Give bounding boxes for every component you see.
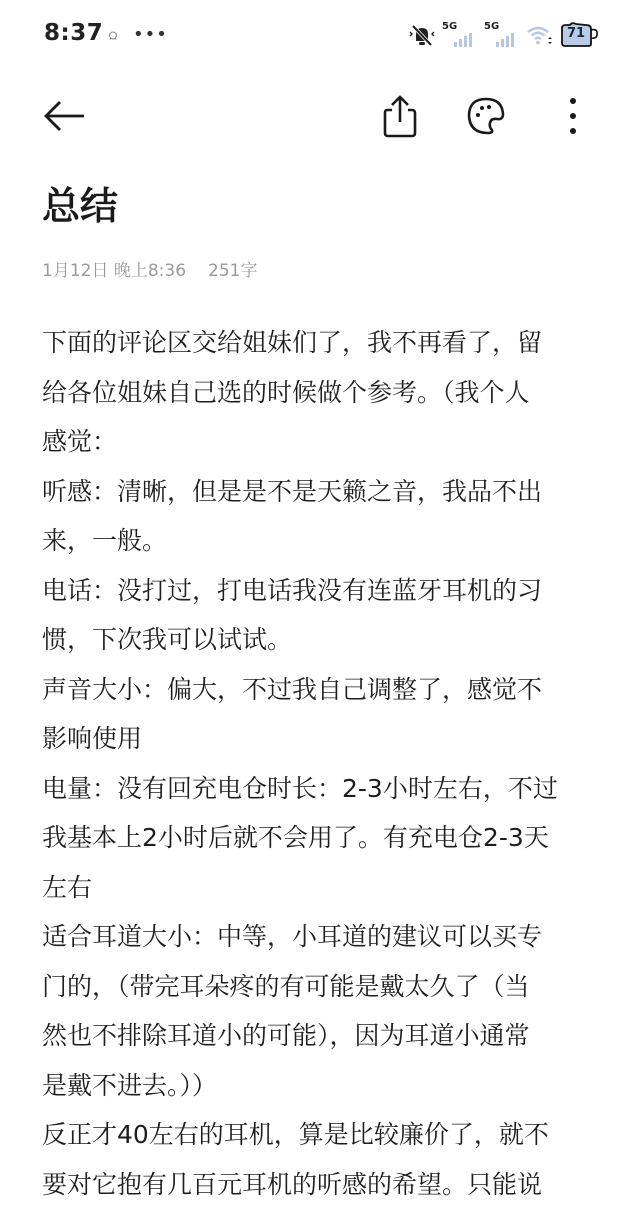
note-line: 反正才40左右的耳机，算是比较廉价了，就不 [42,1110,602,1160]
note-line: 然也不排除耳道小的可能），因为耳道小通常 [42,1011,602,1061]
more-options-button[interactable] [549,92,597,140]
note-date: 1月12日 晚上8:36 [42,261,186,281]
more-vertical-icon [568,96,578,136]
note-line: 左右 [42,863,602,913]
signal-icon [454,31,476,47]
note-line: 影响使用 [42,714,602,764]
signal-sim2: 5G [484,21,520,49]
note-line: 是戴不进去。）） [42,1061,602,1111]
theme-button[interactable] [462,92,510,140]
note-title[interactable]: 总结 [42,175,118,230]
palette-icon [466,96,506,136]
alarm-icon [108,30,118,40]
wifi-icon [526,24,554,46]
signal-sim1: 5G [442,21,478,49]
note-line: 电话：没打过，打电话我没有连蓝牙耳机的习 [42,566,602,616]
note-meta: 1月12日 晚上8:36251字 [42,256,257,281]
note-line: 给各位姐妹自己选的时候做个参考。（我个人 [42,368,602,418]
note-line: 电量：没有回充电仓时长：2-3小时左右，不过 [42,764,602,814]
status-time: 8:37 [44,20,103,46]
note-line: 声音大小：偏大，不过我自己调整了，感觉不 [42,665,602,715]
note-line: 下面的评论区交给姐妹们了，我不再看了，留 [42,318,602,368]
status-icons: 5G 5G [408,20,600,50]
status-bar: 8:37 ••• 5G 5G [0,0,640,70]
note-line: 门的，（带完耳朵疼的有可能是戴太久了（当 [42,962,602,1012]
note-line: 要对它抱有几百元耳机的听感的希望。只能说 [42,1160,602,1208]
note-line: 我基本上2小时后就不会用了。有充电仓2-3天 [42,813,602,863]
note-line: 适合耳道大小：中等，小耳道的建议可以买专 [42,912,602,962]
mute-icon [408,22,436,48]
share-icon [382,94,418,138]
signal-icon [496,31,518,47]
note-toolbar [0,70,640,166]
note-line: 感觉： [42,417,602,467]
back-button[interactable] [40,92,88,140]
word-count: 251字 [208,261,257,281]
note-line: 听感：清晰，但是是不是天籁之音，我品不出 [42,467,602,517]
back-arrow-icon [42,98,86,134]
share-button[interactable] [376,92,424,140]
note-line: 惯，下次我可以试试。 [42,615,602,665]
battery-icon: 71 [560,22,600,48]
more-notifications-icon: ••• [133,24,168,45]
note-body[interactable]: 下面的评论区交给姐妹们了，我不再看了，留 给各位姐妹自己选的时候做个参考。（我个… [42,318,602,1208]
note-line: 来，一般。 [42,516,602,566]
